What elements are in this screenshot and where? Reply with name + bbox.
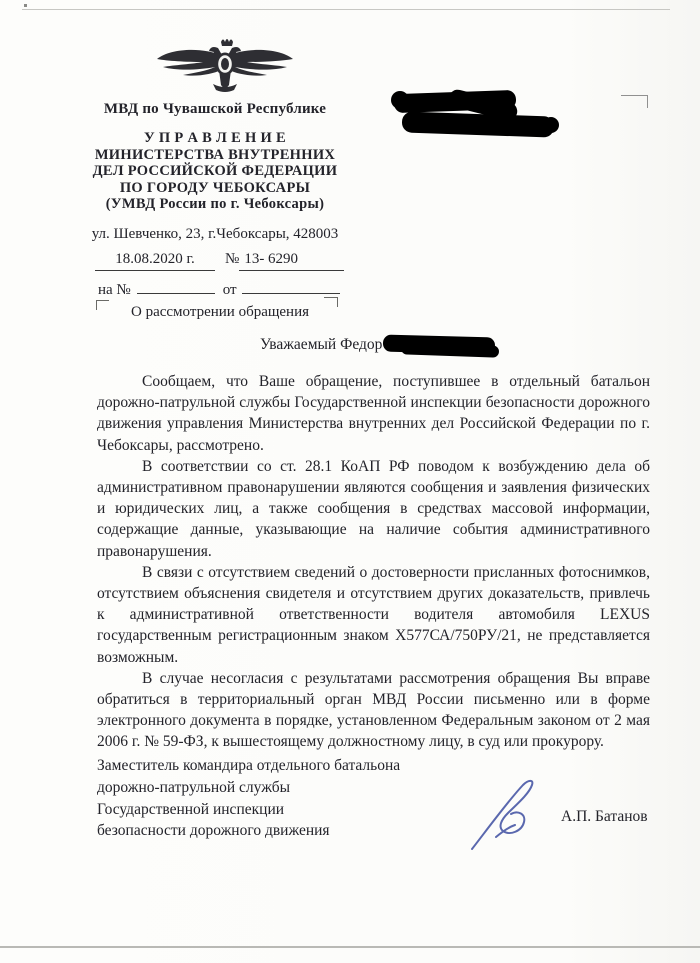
org-line: ДЕЛ РОССИЙСКОЙ ФЕДЕРАЦИИ	[75, 163, 355, 180]
org-line: ПО ГОРОДУ ЧЕБОКСАРЫ	[75, 180, 355, 197]
redaction-scribble-surname	[381, 333, 503, 360]
redaction-scribble-addressee	[388, 88, 563, 140]
scan-top-edge	[22, 9, 670, 10]
handwritten-signature-icon	[468, 775, 553, 857]
signer-name: А.П. Батанов	[561, 808, 648, 826]
date-number-row: 18.08.2020 г.№13- 6290	[95, 251, 355, 271]
scan-bottom-edge	[0, 946, 700, 948]
org-line: МИНИСТЕРСТВА ВНУТРЕННИХ	[75, 147, 355, 164]
reference-row: на №от	[98, 278, 358, 299]
signer-position-line: дорожно-патрульной службы	[97, 777, 457, 799]
mvd-double-eagle-emblem-icon	[155, 36, 295, 100]
scanned-letter-page: МВД по Чувашской Республике У П Р А В Л …	[0, 0, 700, 963]
org-line: (УМВД России по г. Чебоксары)	[75, 196, 355, 213]
org-line: У П Р А В Л Е Н И Е	[75, 130, 355, 147]
org-name-block: У П Р А В Л Е Н И Е МИНИСТЕРСТВА ВНУТРЕН…	[75, 130, 355, 213]
ref-from-blank	[242, 278, 340, 294]
letter-subject: О рассмотрении обращения	[110, 304, 330, 321]
org-address: ул. Шевченко, 23, г.Чебоксары, 428003	[60, 226, 370, 243]
letter-body: Сообщаем, что Ваше обращение, поступивше…	[97, 371, 650, 753]
subject-corner-mark-left	[96, 300, 109, 310]
paragraph: Сообщаем, что Ваше обращение, поступивше…	[97, 371, 650, 456]
letter-date: 18.08.2020 г.	[95, 251, 215, 271]
signer-position-line: Заместитель командира отдельного батальо…	[97, 755, 457, 777]
salutation: Уважаемый Федор	[260, 336, 382, 354]
number-sign: №	[225, 251, 239, 268]
signer-position-block: Заместитель командира отдельного батальо…	[97, 755, 457, 842]
addressee-corner-mark	[621, 95, 648, 108]
signer-position-line: Государственной инспекции	[97, 799, 457, 821]
signer-position-line: безопасности дорожного движения	[97, 820, 457, 842]
letter-number: 13- 6290	[239, 251, 344, 271]
ref-in-blank	[137, 278, 215, 294]
scan-speck	[24, 4, 27, 7]
paragraph: В случае несогласия с результатами рассм…	[97, 668, 650, 753]
ref-in-label: на №	[98, 282, 131, 298]
paragraph: В соответствии со ст. 28.1 КоАП РФ повод…	[97, 456, 650, 562]
ministry-name: МВД по Чувашской Республике	[85, 101, 345, 118]
ref-from-label: от	[223, 282, 237, 299]
paragraph: В связи с отсутствием сведений о достове…	[97, 562, 650, 668]
